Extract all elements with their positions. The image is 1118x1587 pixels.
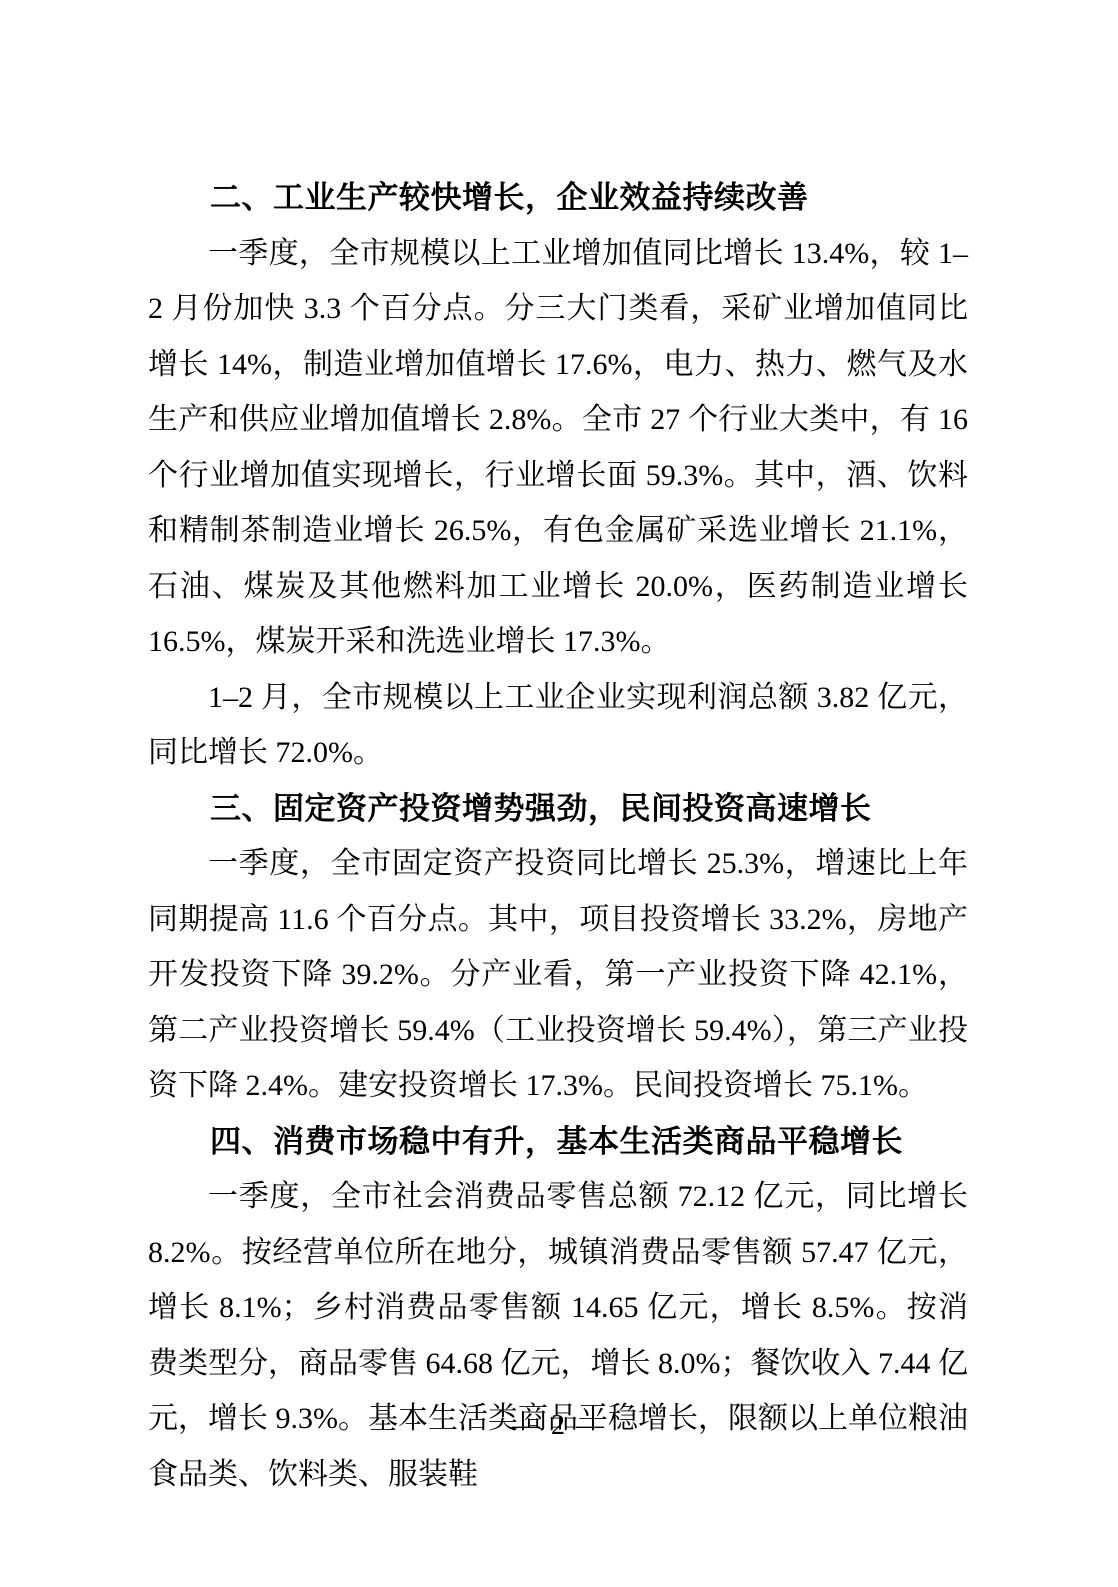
paragraph-investment: 一季度，全市固定资产投资同比增长 25.3%，增速比上年同期提高 11.6 个百… [148,836,968,1114]
section-heading-investment: 三、固定资产投资增势强劲，民间投资高速增长 [148,781,968,837]
paragraph-industry-growth: 一季度，全市规模以上工业增加值同比增长 13.4%，较 1–2 月份加快 3.3… [148,226,968,670]
document-page: 二、工业生产较快增长，企业效益持续改善 一季度，全市规模以上工业增加值同比增长 … [0,0,1118,1587]
document-body: 二、工业生产较快增长，企业效益持续改善 一季度，全市规模以上工业增加值同比增长 … [148,170,968,1502]
section-heading-industry: 二、工业生产较快增长，企业效益持续改善 [148,170,968,226]
section-heading-consumption: 四、消费市场稳中有升，基本生活类商品平稳增长 [148,1114,968,1170]
page-number-text: — 2 — [512,1410,606,1441]
page-number: — 2 — [0,1408,1118,1444]
paragraph-consumption: 一季度，全市社会消费品零售总额 72.12 亿元，同比增长 8.2%。按经营单位… [148,1169,968,1502]
section-industry: 二、工业生产较快增长，企业效益持续改善 一季度，全市规模以上工业增加值同比增长 … [148,170,968,781]
paragraph-industry-profit: 1–2 月，全市规模以上工业企业实现利润总额 3.82 亿元，同比增长 72.0… [148,670,968,781]
section-investment: 三、固定资产投资增势强劲，民间投资高速增长 一季度，全市固定资产投资同比增长 2… [148,781,968,1114]
